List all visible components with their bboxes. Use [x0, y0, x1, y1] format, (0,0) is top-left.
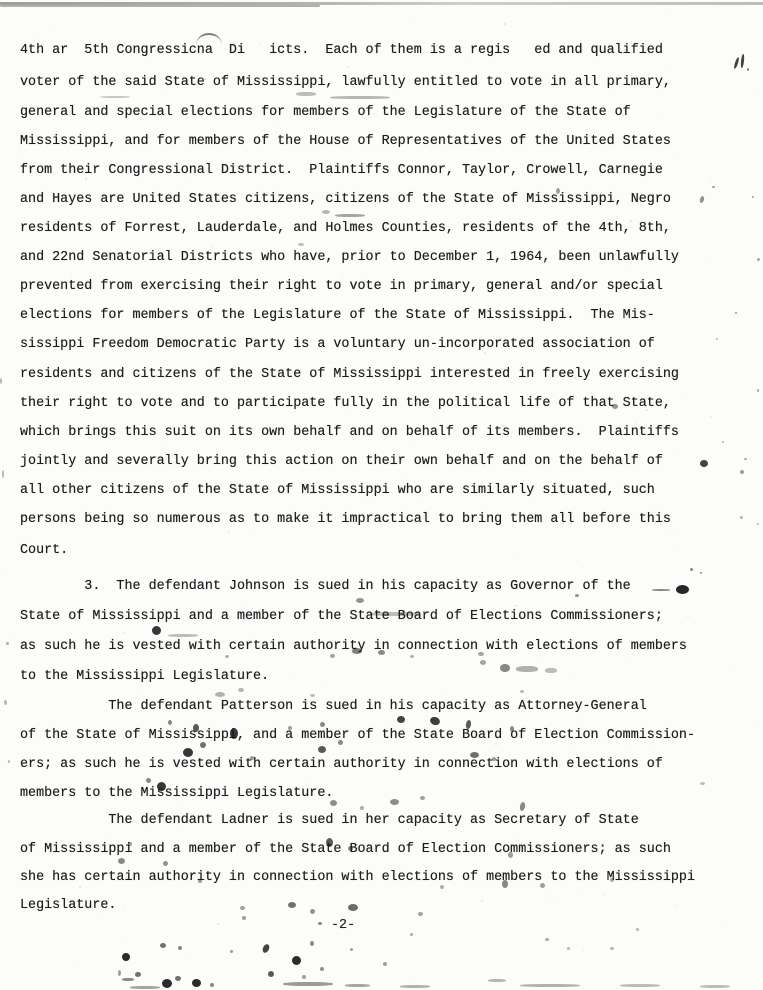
ink-blot	[261, 943, 270, 954]
grain-speck	[521, 128, 522, 129]
grain-speck	[484, 352, 486, 354]
grain-speck	[353, 428, 354, 429]
grain-speck	[753, 91, 754, 92]
ink-blot	[296, 92, 316, 96]
grain-speck	[42, 402, 43, 403]
ink-blot	[378, 650, 385, 655]
grain-speck	[299, 394, 300, 395]
ink-blot	[157, 782, 166, 791]
grain-speck	[324, 682, 325, 683]
ink-blot	[722, 441, 724, 443]
grain-speck	[538, 500, 539, 501]
grain-speck	[369, 411, 370, 412]
ink-blot	[0, 378, 2, 384]
ink-blot	[690, 568, 693, 571]
ink-blot	[168, 634, 198, 637]
ink-blot	[168, 720, 172, 725]
ink-blot	[198, 879, 202, 883]
ink-blot	[130, 986, 160, 989]
grain-speck	[606, 315, 608, 317]
grain-speck	[278, 124, 279, 125]
ink-blot	[747, 68, 749, 71]
grain-speck	[277, 311, 279, 313]
ink-blot	[122, 953, 130, 961]
text-line: and Hayes are United States citizens, ci…	[20, 191, 671, 208]
grain-speck	[756, 389, 757, 390]
grain-speck	[119, 975, 120, 976]
grain-speck	[732, 670, 733, 671]
grain-speck	[451, 730, 452, 731]
ink-blot	[238, 688, 244, 692]
grain-speck	[330, 362, 331, 363]
grain-speck	[310, 777, 311, 778]
grain-speck	[595, 138, 596, 139]
grain-speck	[643, 285, 644, 286]
ink-blot	[335, 214, 365, 217]
grain-speck	[544, 393, 545, 394]
grain-speck	[575, 426, 577, 428]
grain-speck	[204, 78, 206, 80]
grain-speck	[373, 113, 375, 115]
grain-speck	[415, 756, 416, 757]
grain-speck	[30, 152, 31, 153]
grain-speck	[723, 240, 724, 241]
grain-speck	[537, 872, 538, 873]
ink-blot	[320, 967, 324, 971]
grain-speck	[574, 377, 576, 379]
grain-speck	[148, 613, 149, 614]
grain-speck	[557, 650, 558, 651]
ink-blot	[356, 598, 364, 603]
grain-speck	[212, 246, 214, 248]
ink-blot	[242, 916, 246, 920]
ink-blot	[326, 838, 333, 847]
ink-blot	[757, 389, 759, 392]
grain-speck	[233, 160, 234, 161]
grain-speck	[430, 344, 432, 346]
ink-blot	[250, 756, 254, 760]
grain-speck	[262, 305, 263, 306]
grain-speck	[695, 386, 696, 387]
ink-blot	[122, 978, 134, 981]
grain-speck	[607, 341, 608, 342]
ink-blot	[302, 975, 306, 979]
grain-speck	[602, 894, 604, 896]
grain-speck	[437, 418, 438, 419]
grain-speck	[256, 640, 257, 641]
ink-blot	[699, 196, 705, 204]
ink-blot	[757, 523, 759, 525]
ink-blot	[502, 880, 508, 888]
grain-speck	[671, 530, 673, 532]
grain-speck	[29, 168, 30, 169]
ink-blot	[230, 950, 233, 953]
grain-speck	[502, 425, 504, 427]
ink-blot	[480, 660, 486, 665]
ink-blot	[712, 186, 715, 188]
grain-speck	[269, 620, 270, 621]
grain-speck	[626, 587, 627, 588]
grain-speck	[544, 894, 545, 895]
ink-blot	[700, 572, 702, 574]
ink-blot	[700, 460, 708, 467]
ink-blot	[612, 404, 618, 409]
ink-blot	[410, 933, 413, 936]
grain-speck	[482, 227, 483, 228]
grain-speck	[625, 822, 627, 824]
text-line: persons being so numerous as to make it …	[20, 511, 671, 528]
ink-blot	[740, 516, 743, 519]
ink-blot	[330, 654, 335, 658]
ink-blot	[348, 846, 353, 851]
ink-blot	[160, 943, 166, 948]
grain-speck	[442, 512, 444, 514]
grain-speck	[495, 743, 497, 745]
grain-speck	[110, 832, 111, 833]
grain-speck	[269, 294, 270, 295]
ink-blot	[508, 852, 513, 858]
grain-speck	[85, 178, 87, 180]
grain-speck	[720, 922, 721, 923]
ink-blot	[733, 57, 740, 69]
grain-speck	[705, 262, 706, 263]
ink-blot	[610, 878, 614, 882]
grain-speck	[582, 949, 584, 951]
grain-speck	[709, 177, 711, 179]
grain-speck	[518, 522, 519, 523]
text-line: their right to vote and to participate f…	[20, 395, 671, 412]
ink-blot	[610, 947, 614, 950]
ink-blot	[330, 800, 337, 806]
text-line: ers; as such he is vested with certain a…	[20, 756, 663, 773]
grain-speck	[730, 821, 731, 822]
ink-blot	[545, 938, 549, 941]
ink-blot	[744, 458, 747, 460]
ink-blot	[318, 922, 322, 925]
grain-speck	[551, 898, 553, 900]
grain-speck	[289, 677, 290, 678]
grain-speck	[123, 632, 125, 634]
text-line: residents of Forrest, Lauderdale, and Ho…	[20, 220, 671, 237]
ink-blot	[322, 210, 330, 214]
ink-blot	[288, 726, 292, 730]
text-line: from their Congressional District. Plain…	[20, 162, 663, 179]
grain-speck	[352, 803, 353, 804]
grain-speck	[62, 449, 63, 450]
grain-speck	[135, 735, 136, 736]
text-line: to the Mississippi Legislature.	[20, 668, 269, 685]
grain-speck	[247, 605, 248, 606]
ink-blot	[510, 726, 514, 732]
ink-blot	[135, 972, 141, 977]
grain-speck	[581, 890, 582, 891]
ink-blot	[370, 612, 420, 616]
grain-speck	[3, 766, 4, 767]
text-line: The defendant Ladner is sued in her capa…	[20, 812, 639, 829]
ink-blot	[163, 861, 168, 866]
grain-speck	[635, 421, 637, 423]
grain-speck	[539, 661, 540, 662]
grain-speck	[34, 36, 35, 37]
grain-speck	[591, 313, 592, 314]
grain-speck	[258, 106, 259, 107]
text-line: residents and citizens of the State of M…	[20, 366, 679, 383]
grain-speck	[401, 474, 402, 475]
grain-speck	[504, 23, 506, 25]
ink-blot	[128, 842, 132, 846]
text-line: Court.	[20, 542, 68, 559]
grain-speck	[663, 291, 664, 292]
ink-blot	[545, 668, 557, 673]
ink-blot	[520, 984, 580, 987]
grain-speck	[37, 223, 38, 224]
text-line: voter of the said State of Mississippi, …	[20, 74, 671, 91]
grain-speck	[469, 59, 470, 60]
ink-blot	[478, 652, 484, 656]
ink-blot	[348, 904, 358, 911]
grain-speck	[412, 23, 413, 24]
grain-speck	[516, 834, 517, 835]
ink-blot	[2, 470, 4, 478]
grain-speck	[126, 942, 127, 943]
ink-blot	[492, 757, 496, 761]
text-line: Legislature.	[20, 897, 116, 914]
text-line: 3. The defendant Johnson is sued in his …	[20, 578, 631, 595]
ink-blot	[383, 962, 387, 966]
grain-speck	[533, 841, 535, 843]
ink-blot	[735, 312, 737, 314]
scan-edge-artifact	[0, 5, 320, 7]
ink-blot	[410, 655, 414, 658]
ink-blot	[540, 883, 545, 888]
ink-blot	[320, 722, 325, 727]
ink-blot	[240, 906, 245, 910]
ink-blot	[338, 740, 343, 745]
grain-speck	[346, 105, 347, 106]
text-line: The defendant Patterson is sued in his c…	[20, 698, 647, 715]
ink-blot	[230, 728, 238, 739]
ink-blot	[200, 742, 206, 748]
ink-blot	[470, 752, 479, 758]
ink-blot	[620, 984, 660, 987]
grain-speck	[584, 258, 585, 259]
ink-blot	[636, 928, 639, 931]
text-line: she has certain authority in connection …	[20, 869, 695, 886]
ink-blot	[352, 648, 362, 654]
grain-speck	[676, 549, 677, 550]
ink-blot	[397, 716, 405, 723]
text-line: Mississippi, and for members of the Hous…	[20, 133, 671, 150]
ink-blot	[575, 594, 579, 597]
ink-blot	[298, 243, 304, 246]
grain-speck	[71, 274, 72, 275]
grain-speck	[515, 605, 517, 607]
grain-speck	[181, 802, 182, 803]
text-line: sissippi Freedom Democratic Party is a v…	[20, 336, 655, 353]
grain-speck	[342, 277, 344, 279]
grain-speck	[79, 886, 81, 888]
grain-speck	[444, 587, 445, 588]
grain-speck	[572, 679, 573, 680]
grain-speck	[2, 569, 3, 570]
text-line: State of Mississippi and a member of the…	[20, 608, 663, 625]
ink-blot	[100, 96, 130, 98]
ink-blot	[193, 724, 199, 732]
grain-speck	[613, 599, 614, 600]
ink-blot	[146, 778, 151, 783]
ink-blot	[118, 858, 125, 864]
ink-blot	[215, 692, 225, 697]
grain-speck	[630, 220, 632, 222]
text-line: of the State of Mississippi, and a membe…	[20, 727, 695, 744]
grain-speck	[512, 553, 513, 554]
grain-speck	[608, 466, 609, 467]
ink-blot	[310, 941, 314, 946]
grain-speck	[422, 502, 423, 503]
grain-speck	[687, 616, 689, 618]
ink-blot	[288, 902, 296, 908]
grain-speck	[363, 272, 364, 273]
ink-blot	[757, 258, 760, 261]
grain-speck	[73, 965, 74, 966]
grain-speck	[627, 656, 628, 657]
grain-speck	[673, 157, 674, 158]
ink-blot	[488, 979, 506, 982]
grain-speck	[479, 576, 480, 577]
ink-blot	[400, 985, 430, 988]
ink-blot	[8, 760, 10, 763]
grain-speck	[658, 116, 659, 117]
grain-speck	[403, 871, 404, 872]
grain-speck	[668, 123, 669, 124]
ink-blot	[390, 799, 399, 805]
ink-blot	[420, 796, 425, 800]
grain-speck	[213, 259, 214, 260]
grain-speck	[167, 443, 168, 444]
text-line: which brings this suit on its own behalf…	[20, 424, 679, 441]
grain-speck	[624, 49, 626, 51]
ink-blot	[192, 979, 201, 987]
text-line: members to the Mississippi Legislature.	[20, 785, 333, 802]
grain-speck	[687, 397, 688, 398]
grain-speck	[669, 13, 670, 14]
grain-speck	[397, 454, 398, 455]
ink-blot	[700, 782, 705, 785]
grain-speck	[441, 695, 443, 697]
ink-blot	[268, 971, 274, 977]
grain-speck	[481, 900, 483, 902]
ink-blot	[4, 700, 7, 705]
grain-speck	[184, 177, 185, 178]
grain-speck	[19, 151, 21, 153]
grain-speck	[631, 660, 632, 661]
text-line: elections for members of the Legislature…	[20, 307, 655, 324]
ink-blot	[740, 54, 744, 68]
ink-blot	[350, 948, 353, 951]
grain-speck	[583, 567, 584, 568]
ink-blot	[6, 642, 9, 645]
grain-speck	[311, 307, 312, 308]
ink-blot	[360, 806, 364, 810]
ink-blot	[519, 802, 526, 812]
grain-speck	[433, 417, 434, 418]
grain-speck	[259, 43, 261, 45]
grain-speck	[250, 532, 251, 533]
ink-blot	[418, 912, 423, 916]
grain-speck	[145, 831, 146, 832]
text-line: prevented from exercising their right to…	[20, 278, 663, 295]
grain-speck	[42, 625, 43, 626]
ink-blot	[210, 983, 214, 987]
grain-speck	[655, 746, 656, 747]
ink-blot	[178, 946, 182, 950]
grain-speck	[628, 745, 629, 746]
grain-speck	[457, 337, 458, 338]
ink-blot	[520, 690, 524, 693]
grain-speck	[58, 32, 59, 33]
grain-speck	[754, 723, 755, 724]
grain-speck	[664, 70, 665, 71]
grain-speck	[13, 639, 14, 640]
grain-speck	[409, 441, 411, 443]
grain-speck	[228, 531, 230, 533]
text-line: 4th ar 5th Congressicna Di icts. Each of…	[20, 42, 663, 59]
grain-speck	[471, 425, 472, 426]
grain-speck	[54, 25, 55, 26]
ink-blot	[310, 694, 315, 697]
grain-speck	[141, 695, 142, 696]
ink-blot	[162, 979, 172, 988]
ink-blot	[700, 985, 730, 988]
ink-blot	[175, 976, 181, 981]
grain-speck	[657, 621, 658, 622]
text-line: general and special elections for member…	[20, 104, 631, 121]
grain-speck	[676, 904, 678, 906]
grain-speck	[270, 201, 271, 202]
ink-blot	[152, 626, 161, 635]
ink-blot	[516, 666, 538, 672]
grain-speck	[347, 411, 348, 412]
grain-speck	[190, 953, 191, 954]
text-line: jointly and severally bring this action …	[20, 453, 663, 470]
grain-speck	[412, 980, 413, 981]
grain-speck	[594, 282, 596, 284]
ink-blot	[292, 956, 301, 965]
grain-speck	[489, 854, 490, 855]
text-line: all other citizens of the State of Missi…	[20, 482, 655, 499]
grain-speck	[440, 316, 441, 317]
grain-speck	[244, 381, 245, 382]
grain-speck	[423, 311, 424, 312]
grain-speck	[710, 416, 712, 418]
grain-speck	[217, 923, 219, 925]
grain-speck	[347, 66, 349, 68]
ink-blot	[183, 748, 193, 757]
ink-blot	[440, 885, 444, 889]
grain-speck	[739, 516, 740, 517]
ink-blot	[556, 188, 560, 194]
ink-blot	[500, 664, 510, 672]
grain-speck	[50, 524, 51, 525]
ink-blot	[225, 655, 229, 658]
grain-speck	[625, 271, 626, 272]
ink-blot	[740, 470, 744, 474]
grain-speck	[113, 668, 114, 669]
ink-blot	[345, 984, 370, 987]
ink-blot	[429, 716, 441, 727]
grain-speck	[122, 906, 124, 908]
grain-speck	[572, 746, 573, 747]
